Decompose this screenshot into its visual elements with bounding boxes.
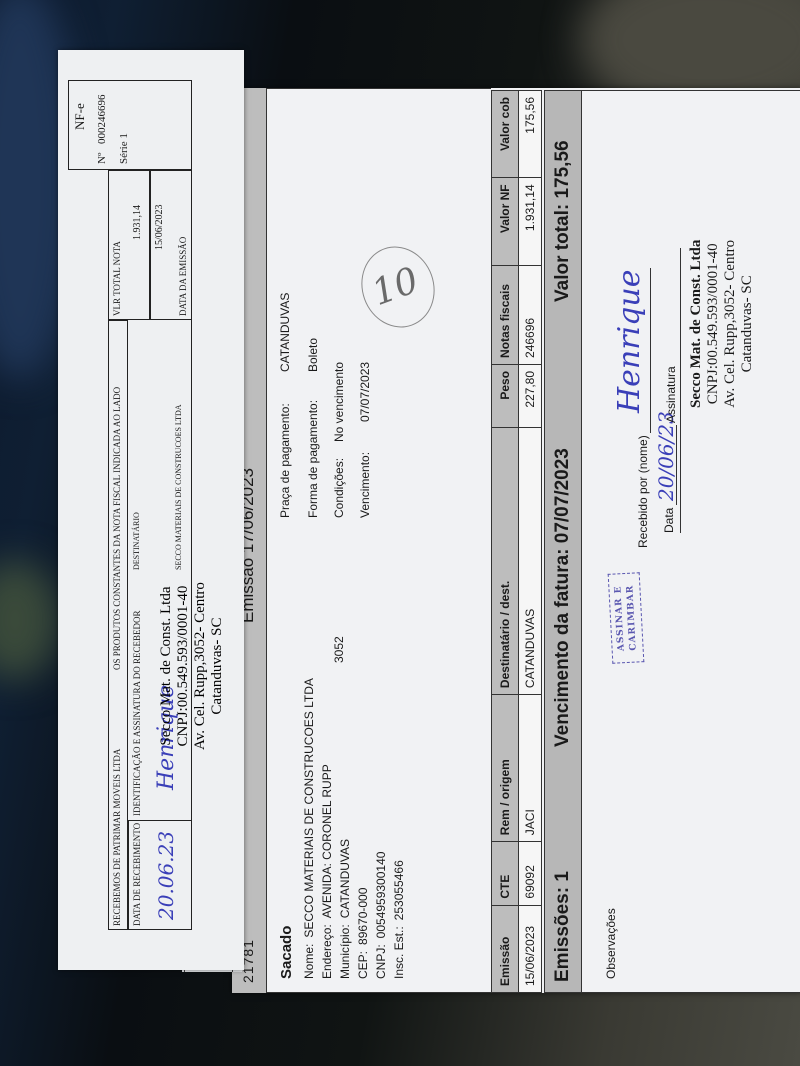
background-highlight xyxy=(0,560,60,680)
field-value: AVENIDA: CORONEL RUPP xyxy=(320,764,334,918)
table-row: 15/06/2023 69092 JACI CATANDUVAS 227,80 … xyxy=(519,91,542,993)
sacado-municipio: Município:CATANDUVAS xyxy=(338,839,352,979)
field-value: CATANDUVAS xyxy=(278,293,292,372)
stamp-line: Secco Mat. de Const. Ltda xyxy=(158,582,175,750)
cell-peso: 227,80 xyxy=(519,364,542,427)
observacoes-label: Observações xyxy=(604,908,618,979)
data-recebimento-label: DATA DE RECEBIMENTO xyxy=(132,823,142,926)
assinatura-line xyxy=(680,248,681,533)
recebido-por-line xyxy=(650,268,651,433)
serie-value: 1 xyxy=(118,133,130,139)
stamp-line: Secco Mat. de Const. Ltda xyxy=(688,240,705,408)
sign-and-stamp-mark: ASSINAR E CARIMBAR xyxy=(608,572,645,664)
sacado-nome: Nome:SECCO MATERIAIS DE CONSTRUCOES LTDA xyxy=(302,678,316,979)
field-value: 0054959300140 xyxy=(374,852,388,939)
cell-destinatario: CATANDUVAS xyxy=(519,428,542,695)
stamp-line: Av. Cel. Rupp,3052- Centro xyxy=(192,582,209,750)
cell-rem-origem: JACI xyxy=(519,695,542,842)
assinatura-label: Assinatura xyxy=(664,366,678,423)
sacado-cep: CEP:89670-000 xyxy=(356,888,370,979)
field-label: CNPJ: xyxy=(374,944,388,979)
field-value: 07/07/2023 xyxy=(358,362,372,422)
nfe-serie: Série 1 xyxy=(118,133,130,164)
stamp-line: CNPJ:00.549.593/0001-40 xyxy=(175,582,192,750)
invoice-sheet: 21781 Emissão 17/06/2023 Sacado Nome:SEC… xyxy=(232,88,800,993)
valor-total: Valor total: 175,56 xyxy=(552,140,574,302)
data-emissao-label: DATA DA EMISSÃO xyxy=(178,237,188,316)
field-label: Insc. Est.: xyxy=(392,926,406,979)
field-value: CATANDUVAS xyxy=(338,839,352,918)
produtos-text: OS PRODUTOS CONSTANTES DA NOTA FISCAL IN… xyxy=(112,387,122,670)
col-notas-fiscais: Notas fiscais xyxy=(492,265,519,364)
data-emissao-value: 15/06/2023 xyxy=(154,204,165,250)
cell-emissao: 15/06/2023 xyxy=(519,905,542,992)
data-label: Data xyxy=(662,508,676,533)
field-value: 89670-000 xyxy=(356,888,370,945)
stamp-line: Av. Cel. Rupp,3052- Centro xyxy=(722,240,739,408)
recebido-por-label: Recebido por (nome) xyxy=(636,435,650,548)
field-label: Município: xyxy=(338,924,352,979)
field-label: Vencimento: xyxy=(358,428,372,518)
vlr-total-value: 1.931,14 xyxy=(132,205,143,240)
receipt-area xyxy=(582,90,800,993)
cell-notas-fiscais: 246696 xyxy=(519,265,542,364)
shipments-table: Emissão CTE Rem / origem Destinatário / … xyxy=(491,90,542,993)
cell-cte: 69092 xyxy=(519,842,542,905)
table-header-row: Emissão CTE Rem / origem Destinatário / … xyxy=(492,91,519,993)
field-value: 253055466 xyxy=(392,860,406,920)
col-destinatario: Destinatário / dest. xyxy=(492,428,519,695)
col-valor-nf: Valor NF xyxy=(492,178,519,265)
recebemos-de: RECEBEMOS DE PATRIMAR MOVEIS LTDA xyxy=(112,749,122,926)
destinatario-label: DESTINATÁRIO xyxy=(132,512,141,570)
invoice-document: 21781 Emissão 17/06/2023 Sacado Nome:SEC… xyxy=(232,88,800,993)
stamp-line: Catanduvas- SC xyxy=(209,582,226,750)
identificacao-label: IDENTIFICAÇÃO E ASSINATURA DO RECEBEDOR xyxy=(132,610,142,816)
col-rem-origem: Rem / origem xyxy=(492,695,519,842)
field-label: Forma de pagamento: xyxy=(306,378,320,518)
cell-valor-cob: 175,56 xyxy=(519,91,542,178)
col-valor-cob: Valor cob xyxy=(492,91,519,178)
nfe-receipt-stub: RECEBEMOS DE PATRIMAR MOVEIS LTDA OS PRO… xyxy=(58,50,244,970)
stamp-text: ASSINAR E CARIMBAR xyxy=(613,585,638,652)
stub-handwritten-date: 20.06.23 xyxy=(154,831,178,920)
field-value: Boleto xyxy=(306,338,320,372)
handwritten-date: 20/06/23 xyxy=(654,411,678,501)
vencimento: Vencimento:07/07/2023 xyxy=(358,362,372,518)
col-emissao: Emissão xyxy=(492,905,519,992)
cell-valor-nf: 1.931,14 xyxy=(519,178,542,265)
nfe-numero-value: 000246696 xyxy=(96,95,108,145)
handwritten-signature: Henrique xyxy=(612,270,647,413)
vlr-total-label: VLR TOTAL NOTA xyxy=(112,241,122,316)
col-peso: Peso xyxy=(492,364,519,427)
summary-band: Emissões: 1 Vencimento da fatura: 07/07/… xyxy=(544,90,582,993)
stamp-line: CNPJ:00.549.593/0001-40 xyxy=(705,240,722,408)
sacado-cnpj: CNPJ:0054959300140 xyxy=(374,852,388,979)
vencimento-fatura: Vencimento da fatura: 07/07/2023 xyxy=(552,448,574,747)
sacado-insc-est: Insc. Est.:253055466 xyxy=(392,860,406,979)
emissoes-count: Emissões: 1 xyxy=(552,871,574,982)
sacado-title: Sacado xyxy=(278,926,295,979)
company-stamp: Secco Mat. de Const. Ltda CNPJ:00.549.59… xyxy=(158,582,226,750)
serie-label: Série xyxy=(118,141,130,164)
field-label: Endereço: xyxy=(320,924,334,979)
field-label: Nome: xyxy=(302,944,316,979)
forma-pagamento: Forma de pagamento:Boleto xyxy=(306,338,320,518)
condicoes: Condições:No vencimento xyxy=(332,362,346,518)
field-label: Praça de pagamento: xyxy=(278,378,292,518)
stub-company-stamp: Secco Mat. de Const. Ltda CNPJ:00.549.59… xyxy=(158,490,228,750)
sacado-endereco-numero: 3052 xyxy=(332,636,346,663)
sacado-endereco: Endereço:AVENIDA: CORONEL RUPP xyxy=(320,764,334,979)
col-cte: CTE xyxy=(492,842,519,905)
nfe-label: NF-e xyxy=(72,103,88,130)
field-value: No vencimento xyxy=(332,362,346,442)
field-label: CEP: xyxy=(356,951,370,979)
field-label: Condições: xyxy=(332,448,346,518)
praca-pagamento: Praça de pagamento:CATANDUVAS xyxy=(278,293,292,518)
company-stamp: Secco Mat. de Const. Ltda CNPJ:00.549.59… xyxy=(688,240,756,408)
circled-number-text: 10 xyxy=(367,260,424,314)
nfe-numero-label: Nº xyxy=(96,153,108,164)
stamp-line: Catanduvas- SC xyxy=(739,240,756,408)
field-value: SECCO MATERIAIS DE CONSTRUCOES LTDA xyxy=(302,678,316,938)
